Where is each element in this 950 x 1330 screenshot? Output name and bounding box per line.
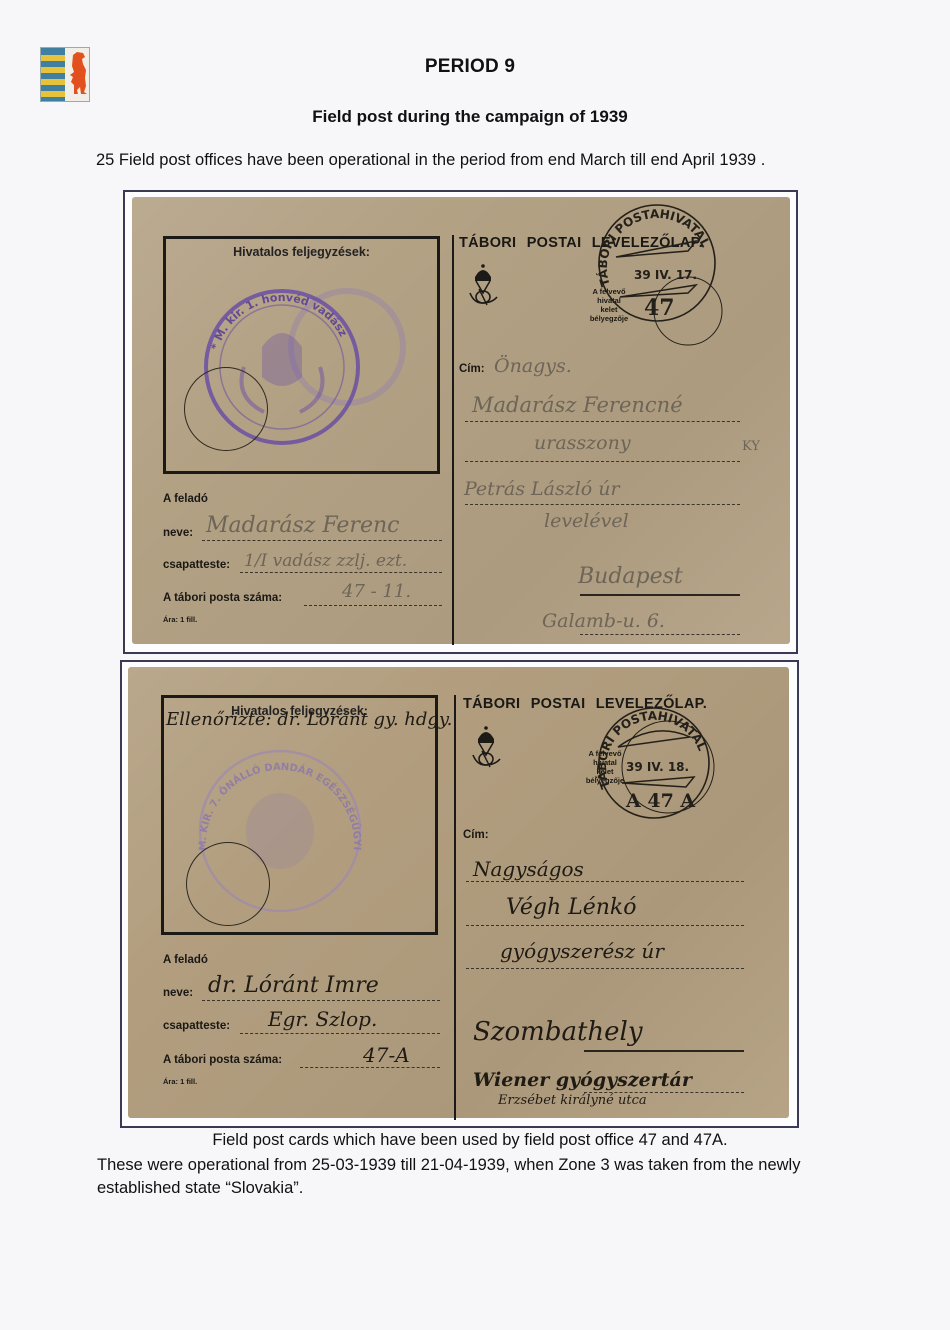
post-number: 47 - 11.: [342, 581, 411, 602]
sender-name: Madarász Ferenc: [206, 513, 399, 538]
svg-text:39 IV. 17.: 39 IV. 17.: [634, 268, 697, 282]
address-line: levelével: [544, 510, 629, 532]
address-line: Galamb-u. 6.: [542, 610, 665, 632]
address-line: urasszony: [534, 432, 631, 454]
sender-label: A feladó: [163, 493, 208, 505]
address-line: gyógyszerész úr: [500, 939, 664, 963]
svg-text:47: 47: [644, 295, 675, 321]
postcard-1: Hivatalos feljegyzések: * M. kir. 1. hon…: [132, 197, 790, 644]
crown-posthorn-icon: [468, 263, 498, 313]
page-subtitle: Field post during the campaign of 1939: [0, 107, 940, 127]
postcard-frame-2: Hivatalos feljegyzések: Ellenőrizte: dr.…: [120, 660, 799, 1128]
address-line: Végh Lénkó: [506, 895, 637, 920]
intro-text: 25 Field post offices have been operatio…: [96, 151, 765, 170]
caption-line-2: These were operational from 25-03-1939 t…: [97, 1154, 857, 1200]
official-notes-label: Hivatalos feljegyzések:: [166, 245, 437, 259]
postmark-icon: TÁBORI POSTAHIVATAL 39 IV. 17. 47: [592, 205, 732, 345]
sender-unit: 1/I vadász zzlj. ezt.: [244, 551, 407, 571]
postcard-2: Hivatalos feljegyzések: Ellenőrizte: dr.…: [128, 667, 789, 1118]
address-line: Erzsébet királyné utca: [498, 1093, 647, 1108]
unit-label: csapatteste:: [163, 559, 230, 571]
divider-rule: [454, 695, 456, 1120]
sender-name: dr. Lóránt Imre: [208, 973, 379, 998]
caption-line-1: Field post cards which have been used by…: [0, 1131, 940, 1150]
address-line: Budapest: [578, 564, 683, 589]
divider-rule: [452, 235, 454, 645]
page-title: PERIOD 9: [0, 56, 940, 78]
sender-unit: Egr. Szlop.: [268, 1007, 377, 1031]
name-label: neve:: [163, 987, 193, 999]
name-label: neve:: [163, 527, 193, 539]
crown-posthorn-icon: [471, 725, 501, 775]
address-line: Wiener gyógyszertár: [473, 1069, 692, 1091]
margin-note: KY: [742, 439, 760, 454]
post-number: 47-A: [363, 1043, 410, 1067]
svg-text:39 IV. 18.: 39 IV. 18.: [626, 760, 689, 774]
stamp-position-circle: [186, 842, 270, 926]
svg-text:A 47 A: A 47 A: [625, 790, 695, 812]
post-number-label: A tábori posta száma:: [163, 592, 282, 604]
postcard-frame-1: Hivatalos feljegyzések: * M. kir. 1. hon…: [123, 190, 798, 654]
postmark-icon: TÁBORI POSTAHIVATAL 39 IV. 18. A 47 A: [598, 707, 738, 827]
official-notes-handwriting: Ellenőrizte: dr. Lóránt gy. hdgy.: [166, 709, 452, 730]
address-label: Cím:: [463, 829, 489, 841]
address-line: Madarász Ferencné: [472, 393, 683, 417]
address-line: Önagys.: [494, 355, 572, 377]
price-label: Ára: 1 fill.: [163, 615, 197, 624]
price-label: Ára: 1 fill.: [163, 1077, 197, 1086]
post-number-label: A tábori posta száma:: [163, 1054, 282, 1066]
sender-label: A feladó: [163, 954, 208, 966]
unit-label: csapatteste:: [163, 1020, 230, 1032]
address-line: Nagyságos: [473, 857, 584, 881]
address-label: Cím:: [459, 363, 485, 375]
address-line: Petrás László úr: [464, 478, 620, 500]
stamp-position-circle: [184, 367, 268, 451]
address-line: Szombathely: [473, 1017, 643, 1047]
